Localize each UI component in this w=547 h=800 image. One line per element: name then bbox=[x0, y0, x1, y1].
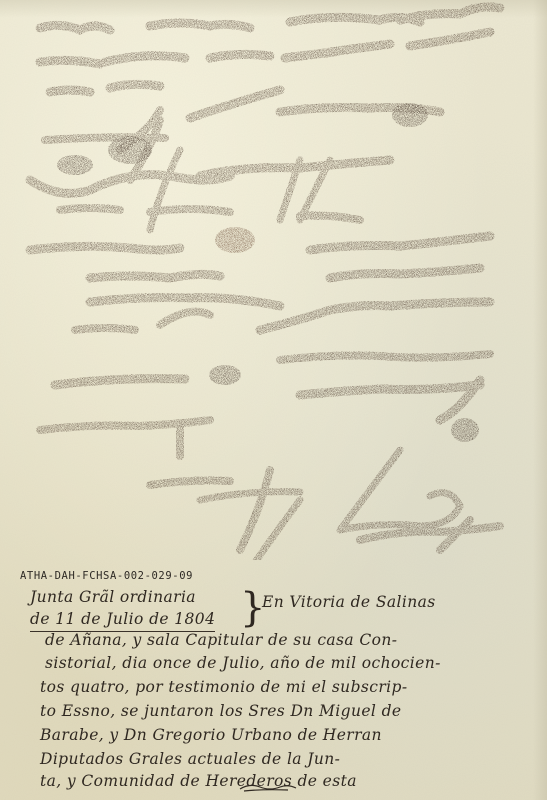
body-line-7: Diputados Grales actuales de la Jun- bbox=[40, 750, 340, 768]
manuscript-page: ATHA-DAH-FCHSA-002-029-09 Junta Grãl ord… bbox=[0, 0, 547, 800]
margin-heading: Junta Grãl ordinaria de 11 de Julio de 1… bbox=[30, 586, 215, 632]
margin-heading-line-1: Junta Grãl ordinaria bbox=[30, 586, 215, 608]
body-line-3: sistorial, dia once de Julio, año de mil… bbox=[45, 654, 441, 672]
body-line-1: En Vitoria de Salinas bbox=[262, 593, 436, 611]
body-line-6: Barabe, y Dn Gregorio Urbano de Herran bbox=[40, 726, 382, 744]
body-line-2: de Añana, y sala Capitular de su casa Co… bbox=[45, 631, 397, 649]
offset-ink-region bbox=[0, 0, 547, 560]
body-line-4: tos quatro, por testimonio de mi el subs… bbox=[40, 678, 407, 696]
body-line-8: ta, y Comunidad de Herederos de esta bbox=[40, 772, 357, 790]
body-line-5: to Essno, se juntaron los Sres Dn Miguel… bbox=[40, 702, 402, 720]
rubric-flourish bbox=[238, 783, 298, 793]
margin-heading-line-2: de 11 de Julio de 1804 bbox=[30, 608, 215, 632]
archive-reference-code: ATHA-DAH-FCHSA-002-029-09 bbox=[20, 570, 193, 582]
